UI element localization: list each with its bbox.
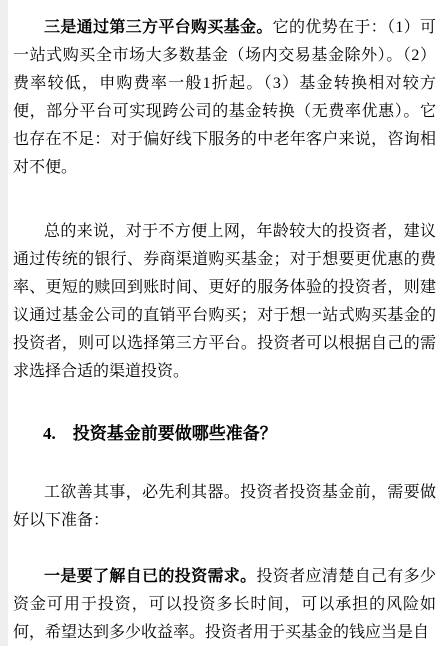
body-paragraph: 总的来说，对于不方便上网，年龄较大的投资者，建议通过传统的银行、券商渠道购买基金… [13, 218, 436, 386]
section-heading: 4. 投资基金前要做哪些准备？ [13, 420, 436, 448]
body-paragraph: 一是要了解自已的投资需求。投资者应清楚自己有多少资金可用于投资，可以投资多长时间… [13, 563, 436, 646]
document-page: 三是通过第三方平台购买基金。它的优势在于：（1）可一站式购买全市场大多数基金（场… [0, 0, 447, 646]
text-run: 总的来说，对于不方便上网，年龄较大的投资者，建议通过传统的银行、券商渠道购买基金… [13, 223, 436, 380]
bold-text-run: 一是要了解自已的投资需求。 [44, 568, 257, 585]
text-run: 它的优势在于：（1）可一站式购买全市场大多数基金（场内交易基金除外）。（2）费率… [13, 19, 436, 176]
bold-text-run: 4. 投资基金前要做哪些准备？ [43, 424, 277, 443]
page-gutter [0, 0, 8, 646]
bold-text-run: 三是通过第三方平台购买基金。 [44, 19, 273, 36]
body-paragraph: 工欲善其事，必先利其器。投资者投资基金前，需要做好以下准备： [13, 479, 436, 535]
text-run: 工欲善其事，必先利其器。投资者投资基金前，需要做好以下准备： [13, 484, 436, 529]
document-content: 三是通过第三方平台购买基金。它的优势在于：（1）可一站式购买全市场大多数基金（场… [8, 0, 447, 646]
body-paragraph: 三是通过第三方平台购买基金。它的优势在于：（1）可一站式购买全市场大多数基金（场… [13, 14, 436, 182]
